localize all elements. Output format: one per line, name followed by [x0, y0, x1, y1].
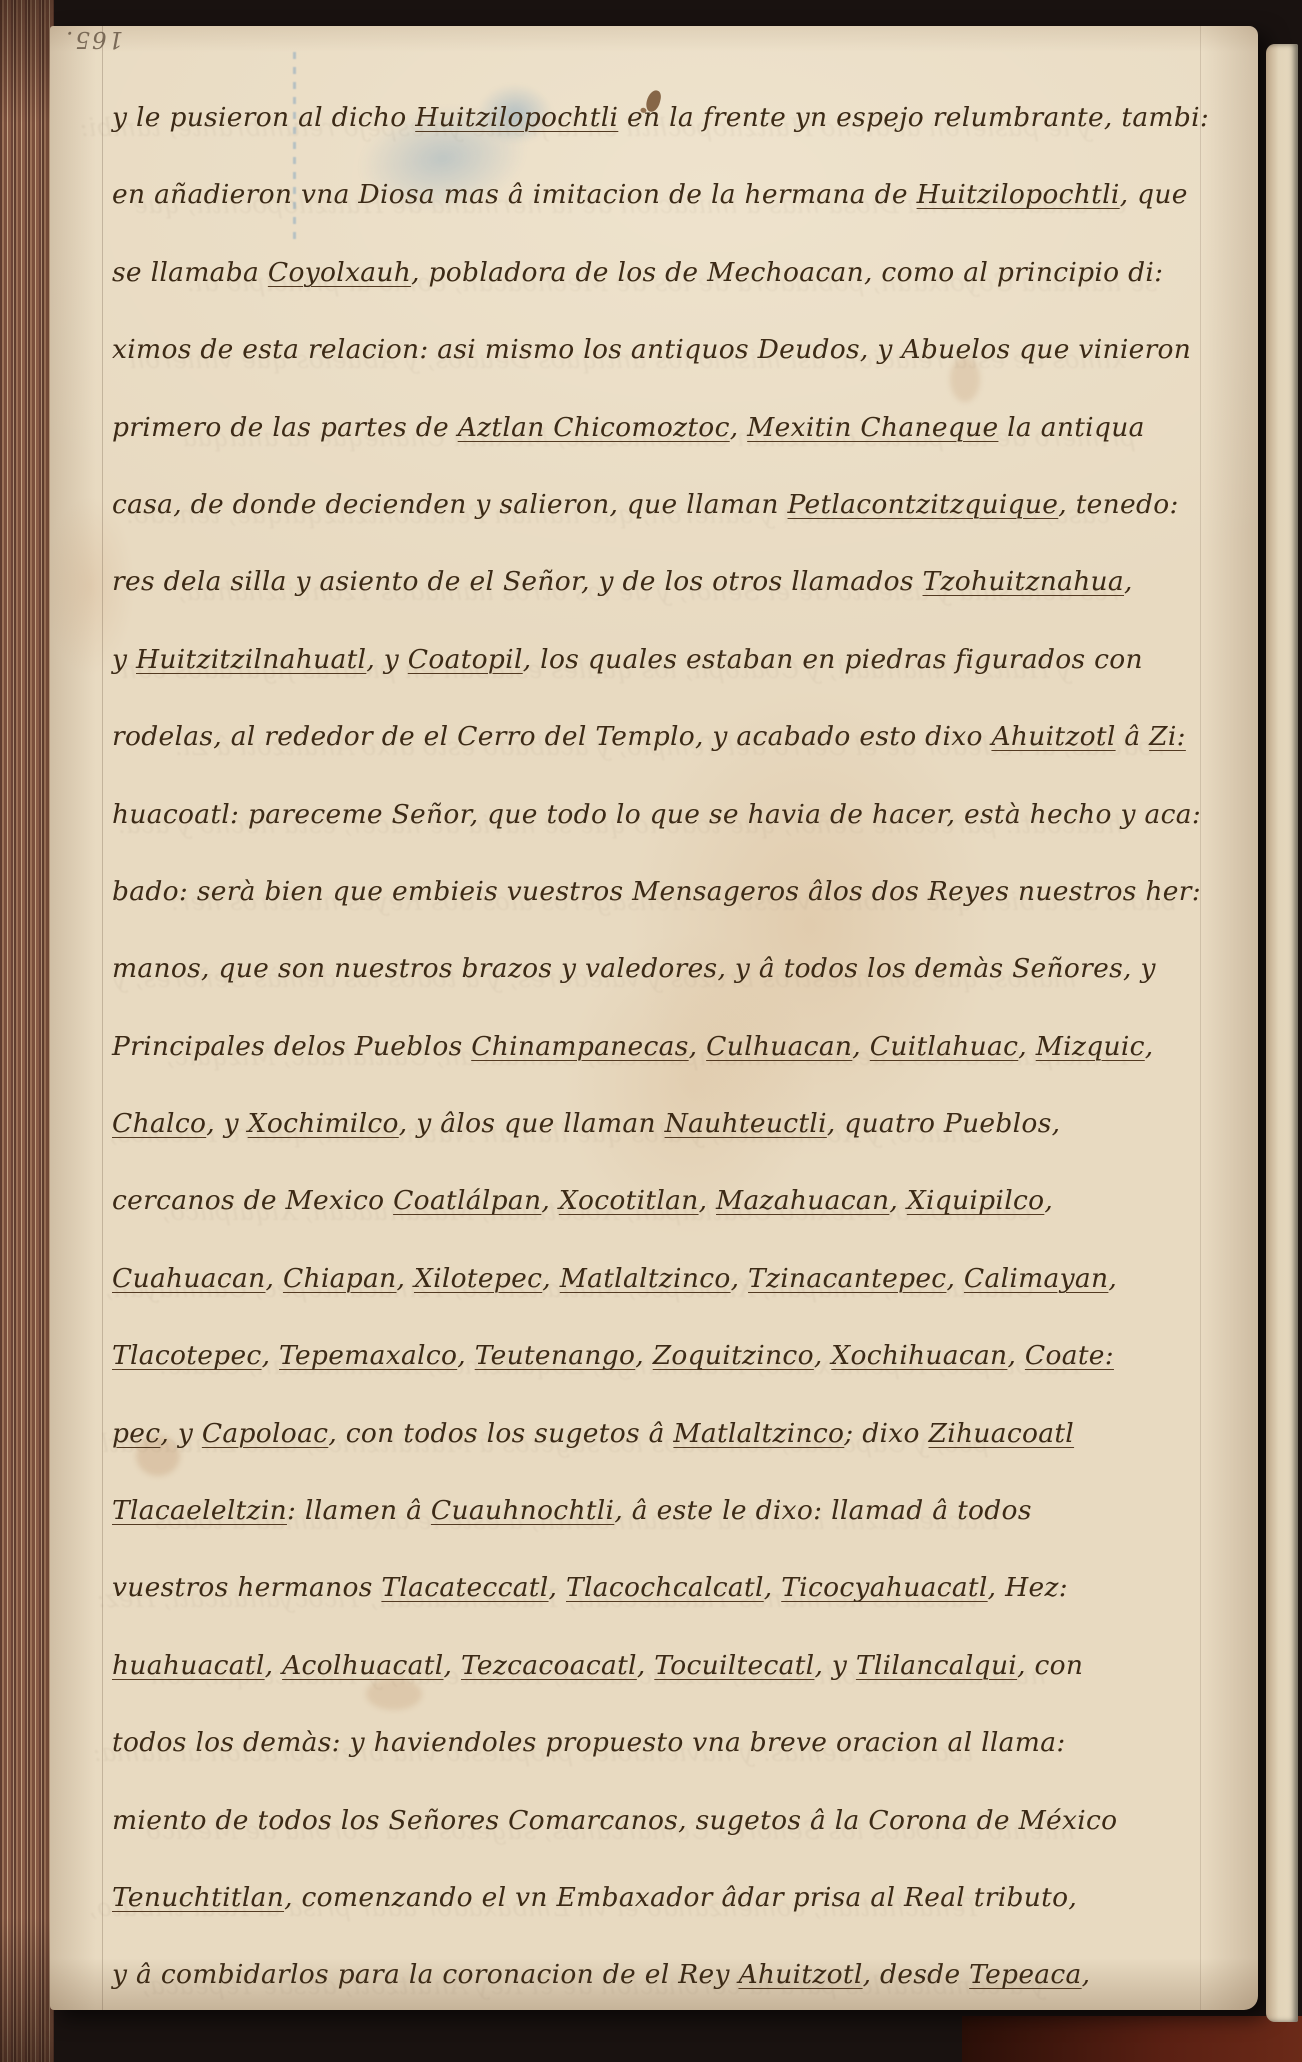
manuscript-line: en añadieron vna Diosa mas â imitacion d…: [112, 156, 1248, 233]
manuscript-line: miento de todos los Señores Comarcanos, …: [112, 1782, 1248, 1859]
manuscript-line: rodelas, al rededor de el Cerro del Temp…: [112, 698, 1248, 775]
next-page-edge: [1266, 44, 1298, 2022]
manuscript-line: todos los demàs: y haviendoles propuesto…: [112, 1704, 1248, 1781]
manuscript-line: res dela silla y asiento de el Señor, y …: [112, 543, 1248, 620]
manuscript-line: y Huitzitzilnahuatl, y Coatopil, los qua…: [112, 621, 1248, 698]
manuscript-line: manos, que son nuestros brazos y valedor…: [112, 930, 1248, 1007]
manuscript-line: bado: serà bien que embieis vuestros Men…: [112, 853, 1248, 930]
binding-bottom-edge: [962, 2016, 1302, 2062]
folio-number-showthrough: 165.: [64, 26, 123, 52]
manuscript-line: se llamaba Coyolxauh, pobladora de los d…: [112, 234, 1248, 311]
manuscript-line: vuestros hermanos Tlacateccatl, Tlacochc…: [112, 1549, 1248, 1626]
manuscript-line: casa, de donde decienden y salieron, que…: [112, 466, 1248, 543]
manuscript-line: pec, y Capoloac, con todos los sugetos â…: [112, 1395, 1248, 1472]
manuscript-line: Tlacotepec, Tepemaxalco, Teutenango, Zoq…: [112, 1317, 1248, 1394]
manuscript-line: y le pusieron al dicho Huitzilopochtli e…: [112, 79, 1248, 156]
manuscript-line: primero de las partes de Aztlan Chicomoz…: [112, 389, 1248, 466]
manuscript-photo: y le pusieron al dicho Huitzilopochtli e…: [0, 0, 1302, 2062]
manuscript-line: Chalco, y Xochimilco, y âlos que llaman …: [112, 1085, 1248, 1162]
manuscript-line: y â combidarlos para la coronacion de el…: [112, 1936, 1248, 2010]
manuscript-text: y le pusieron al dicho Huitzilopochtli e…: [112, 79, 1248, 2010]
manuscript-line: Tlacaeleltzin: llamen â Cuauhnochtli, â …: [112, 1472, 1248, 1549]
book-fore-edge: [0, 0, 54, 2062]
manuscript-line: huacoatl: pareceme Señor, que todo lo qu…: [112, 776, 1248, 853]
margin-crease-left: [102, 26, 103, 2010]
manuscript-line: cercanos de Mexico Coatlálpan, Xocotitla…: [112, 1162, 1248, 1239]
manuscript-line: Tenuchtitlan, comenzando el vn Embaxador…: [112, 1859, 1248, 1936]
manuscript-line: huahuacatl, Acolhuacatl, Tezcacoacatl, T…: [112, 1627, 1248, 1704]
manuscript-line: Principales delos Pueblos Chinampanecas,…: [112, 1008, 1248, 1085]
manuscript-page: y le pusieron al dicho Huitzilopochtli e…: [50, 26, 1258, 2010]
manuscript-line: Cuahuacan, Chiapan, Xilotepec, Matlaltzi…: [112, 1240, 1248, 1317]
manuscript-line: ximos de esta relacion: asi mismo los an…: [112, 311, 1248, 388]
